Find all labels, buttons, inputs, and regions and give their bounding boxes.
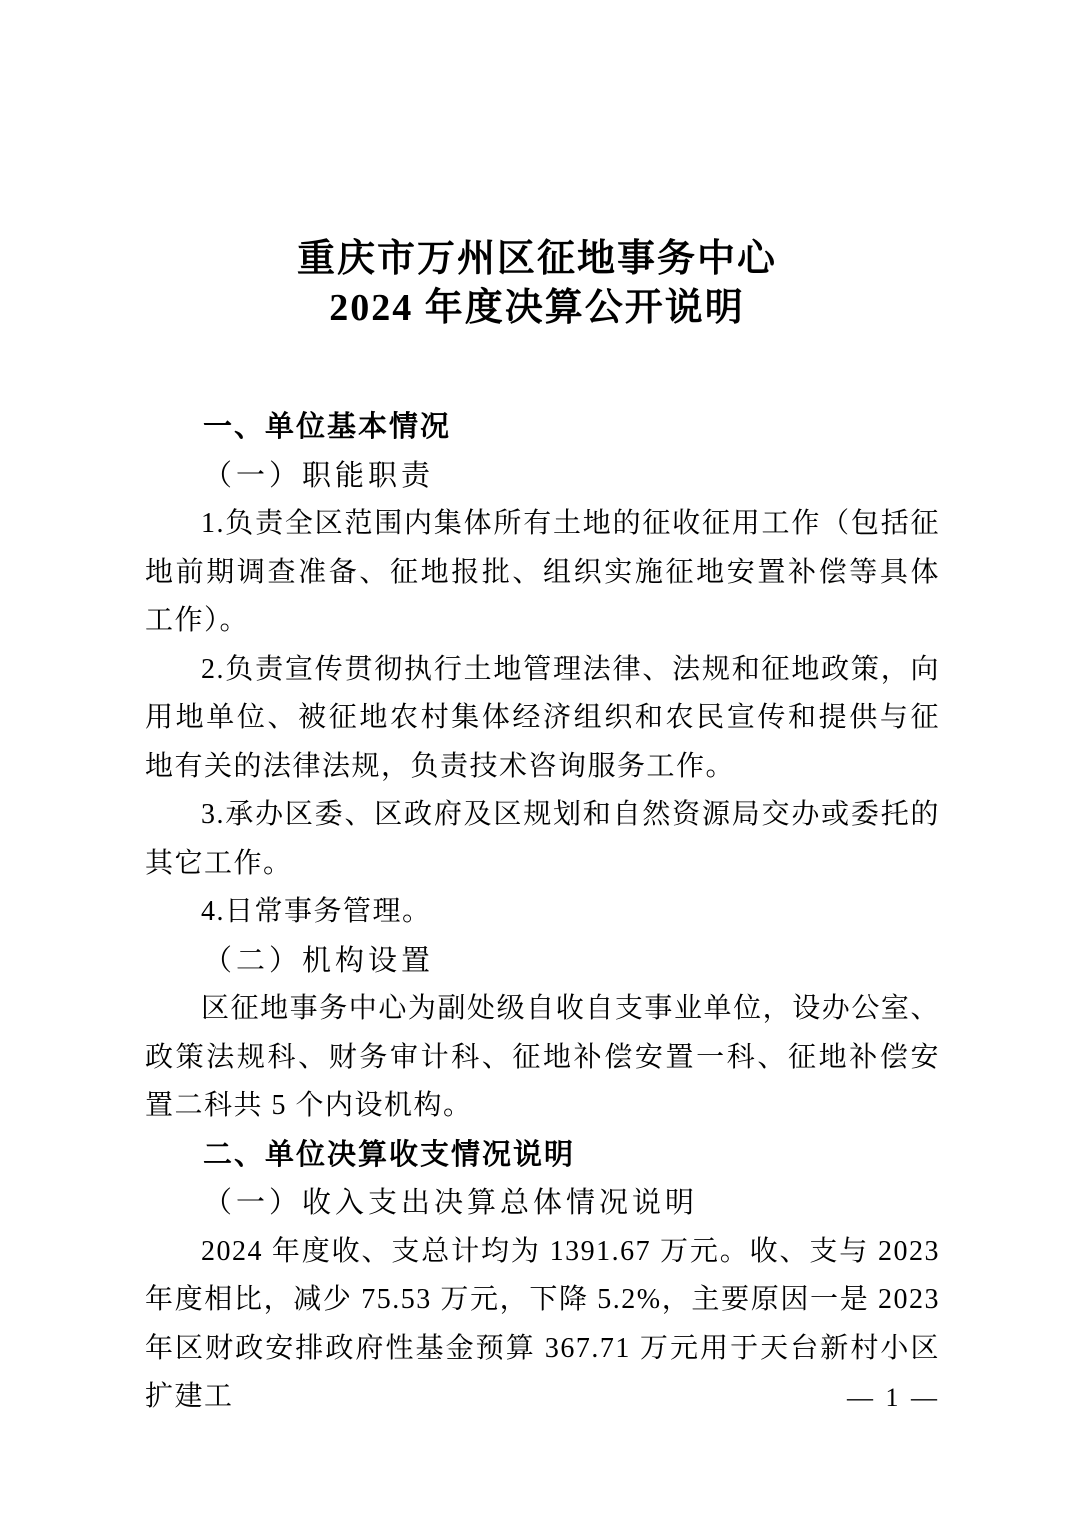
subsection-heading: （二）机构设置 <box>145 937 940 986</box>
document-title: 重庆市万州区征地事务中心 2024 年度决算公开说明 <box>0 0 1074 333</box>
paragraph: 4.日常事务管理。 <box>145 888 940 937</box>
page-number: — 1 — <box>847 1383 940 1412</box>
subsection-heading: （一）收入支出决算总体情况说明 <box>145 1179 940 1228</box>
paragraph: 3.承办区委、区政府及区规划和自然资源局交办或委托的其它工作。 <box>145 791 940 888</box>
title-line-2: 2024 年度决算公开说明 <box>0 284 1074 333</box>
section-heading: 一、单位基本情况 <box>145 403 940 452</box>
title-line-1: 重庆市万州区征地事务中心 <box>0 235 1074 284</box>
paragraph: 2.负责宣传贯彻执行土地管理法律、法规和征地政策，向用地单位、被征地农村集体经济… <box>145 646 940 792</box>
paragraph: 区征地事务中心为副处级自收自支事业单位，设办公室、政策法规科、财务审计科、征地补… <box>145 985 940 1131</box>
page-footer: — 1 — <box>847 1383 940 1413</box>
paragraph: 1.负责全区范围内集体所有土地的征收征用工作（包括征地前期调查准备、征地报批、组… <box>145 500 940 646</box>
paragraph: 2024 年度收、支总计均为 1391.67 万元。收、支与 2023 年度相比… <box>145 1228 940 1422</box>
document-page: 重庆市万州区征地事务中心 2024 年度决算公开说明 一、单位基本情况（一）职能… <box>0 0 1074 1520</box>
document-body: 一、单位基本情况（一）职能职责1.负责全区范围内集体所有土地的征收征用工作（包括… <box>145 403 940 1422</box>
section-heading: 二、单位决算收支情况说明 <box>145 1131 940 1180</box>
subsection-heading: （一）职能职责 <box>145 452 940 501</box>
